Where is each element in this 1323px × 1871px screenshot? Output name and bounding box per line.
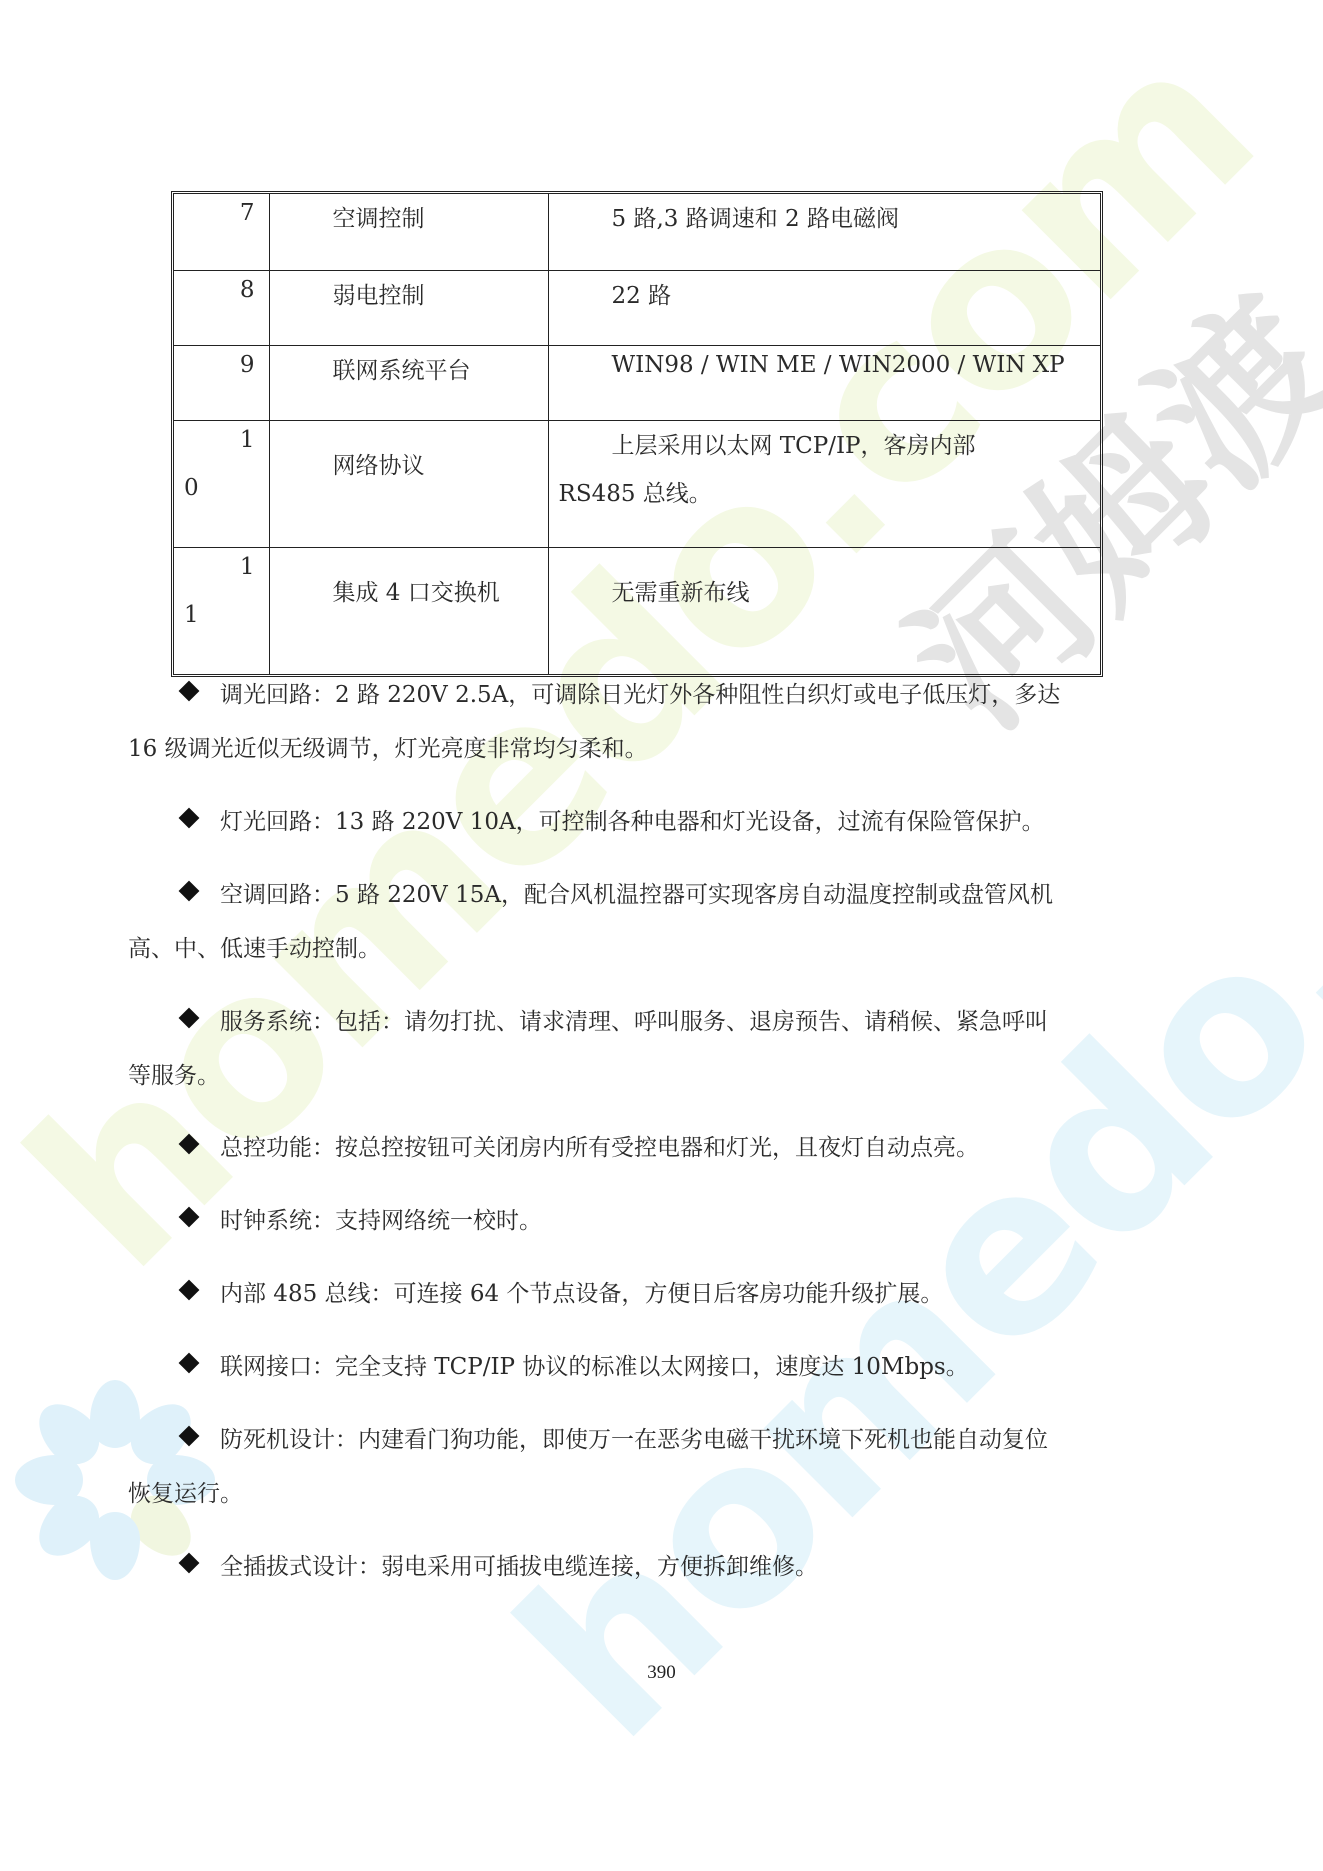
feature-text: 空调回路：5 路 220V 15A，配合风机温控器可实现客房自动温度控制或盘管风… [220, 882, 1053, 908]
row-number-cell: 9 [174, 345, 269, 420]
feature-lighting: 灯光回路：13 路 220V 10A，可控制各种电器和灯光设备，过流有保险管保护… [128, 795, 1198, 849]
item-name: 网络协议 [333, 447, 425, 480]
table-row: 8 弱电控制 22 路 [174, 270, 1100, 345]
feature-service: 服务系统：包括：请勿打扰、请求清理、呼叫服务、退房预告、请稍候、紧急呼叫 等服务… [128, 995, 1198, 1103]
feature-clock: 时钟系统：支持网络统一校时。 [128, 1194, 1198, 1248]
feature-text: 时钟系统：支持网络统一校时。 [220, 1208, 542, 1234]
item-desc: 上层采用以太网 TCP/IP，客房内部 [612, 427, 976, 460]
item-desc-cell: 上层采用以太网 TCP/IP，客房内部 RS485 总线。 [548, 420, 1100, 547]
table-row: 1 0 网络协议 上层采用以太网 TCP/IP，客房内部 RS485 总线。 [174, 420, 1100, 547]
diamond-bullet-icon [179, 681, 200, 702]
row-number: 8 [240, 277, 255, 303]
row-number: 7 [240, 200, 255, 226]
item-name: 联网系统平台 [333, 352, 471, 385]
feature-text: 灯光回路：13 路 220V 10A，可控制各种电器和灯光设备，过流有保险管保护… [220, 809, 1045, 835]
feature-master-control: 总控功能：按总控按钮可关闭房内所有受控电器和灯光，且夜灯自动点亮。 [128, 1121, 1198, 1175]
item-desc-cell: 5 路,3 路调速和 2 路电磁阀 [548, 194, 1100, 270]
row-number-cell: 1 0 [174, 420, 269, 547]
row-number-part2: 1 [184, 602, 199, 628]
row-number-part1: 1 [240, 427, 255, 453]
diamond-bullet-icon [179, 1353, 200, 1374]
feature-text: 总控功能：按总控按钮可关闭房内所有受控电器和灯光，且夜灯自动点亮。 [220, 1135, 979, 1161]
table-row: 7 空调控制 5 路,3 路调速和 2 路电磁阀 [174, 194, 1100, 270]
feature-text: 调光回路：2 路 220V 2.5A，可调除日光灯外各种阻性白织灯或电子低压灯，… [220, 682, 1060, 708]
item-desc: WIN98 / WIN ME / WIN2000 / WIN XP [612, 352, 1065, 378]
feature-text: 全插拔式设计：弱电采用可插拔电缆连接，方便拆卸维修。 [220, 1554, 818, 1580]
item-name-cell: 弱电控制 [269, 270, 548, 345]
diamond-bullet-icon [179, 1134, 200, 1155]
item-name-cell: 集成 4 口交换机 [269, 547, 548, 674]
row-number: 9 [240, 352, 255, 378]
item-desc-cell: 22 路 [548, 270, 1100, 345]
diamond-bullet-icon [179, 1426, 200, 1447]
item-desc-line2: RS485 总线。 [559, 475, 712, 508]
spec-table: 7 空调控制 5 路,3 路调速和 2 路电磁阀 8 弱电控制 22 路 9 联… [171, 191, 1103, 677]
item-name-cell: 联网系统平台 [269, 345, 548, 420]
item-desc-cell: WIN98 / WIN ME / WIN2000 / WIN XP [548, 345, 1100, 420]
feature-ac: 空调回路：5 路 220V 15A，配合风机温控器可实现客房自动温度控制或盘管风… [128, 868, 1198, 976]
item-desc: 5 路,3 路调速和 2 路电磁阀 [612, 200, 899, 233]
item-desc: 22 路 [612, 277, 672, 310]
item-desc-cell: 无需重新布线 [548, 547, 1100, 674]
table-row: 1 1 集成 4 口交换机 无需重新布线 [174, 547, 1100, 674]
item-name-cell: 网络协议 [269, 420, 548, 547]
row-number-cell: 1 1 [174, 547, 269, 674]
row-number-part1: 1 [240, 554, 255, 580]
row-number-part2: 0 [184, 475, 199, 501]
row-number-cell: 8 [174, 270, 269, 345]
diamond-bullet-icon [179, 1553, 200, 1574]
item-desc: 无需重新布线 [612, 574, 750, 607]
feature-pluggable: 全插拔式设计：弱电采用可插拔电缆连接，方便拆卸维修。 [128, 1540, 1198, 1594]
item-name: 集成 4 口交换机 [333, 574, 500, 607]
feature-watchdog: 防死机设计：内建看门狗功能，即使万一在恶劣电磁干扰环境下死机也能自动复位 恢复运… [128, 1413, 1198, 1521]
feature-text-cont: 恢复运行。 [128, 1467, 1198, 1521]
feature-network-interface: 联网接口：完全支持 TCP/IP 协议的标准以太网接口，速度达 10Mbps。 [128, 1340, 1198, 1394]
feature-text: 内部 485 总线：可连接 64 个节点设备，方便日后客房功能升级扩展。 [220, 1281, 943, 1307]
item-name: 弱电控制 [333, 277, 425, 310]
row-number-cell: 7 [174, 194, 269, 270]
feature-text: 服务系统：包括：请勿打扰、请求清理、呼叫服务、退房预告、请稍候、紧急呼叫 [220, 1009, 1048, 1035]
page-number: 390 [0, 1662, 1323, 1684]
feature-text: 防死机设计：内建看门狗功能，即使万一在恶劣电磁干扰环境下死机也能自动复位 [220, 1427, 1048, 1453]
diamond-bullet-icon [179, 1207, 200, 1228]
feature-text: 联网接口：完全支持 TCP/IP 协议的标准以太网接口，速度达 10Mbps。 [220, 1354, 969, 1380]
diamond-bullet-icon [179, 1280, 200, 1301]
item-name: 空调控制 [333, 200, 425, 233]
feature-text-cont: 高、中、低速手动控制。 [128, 922, 1198, 976]
diamond-bullet-icon [179, 1008, 200, 1029]
feature-dimming: 调光回路：2 路 220V 2.5A，可调除日光灯外各种阻性白织灯或电子低压灯，… [128, 668, 1198, 776]
feature-text-cont: 等服务。 [128, 1049, 1198, 1103]
diamond-bullet-icon [179, 881, 200, 902]
table-row: 9 联网系统平台 WIN98 / WIN ME / WIN2000 / WIN … [174, 345, 1100, 420]
feature-485-bus: 内部 485 总线：可连接 64 个节点设备，方便日后客房功能升级扩展。 [128, 1267, 1198, 1321]
item-name-cell: 空调控制 [269, 194, 548, 270]
feature-text-cont: 16 级调光近似无级调节，灯光亮度非常均匀柔和。 [128, 722, 1198, 776]
diamond-bullet-icon [179, 808, 200, 829]
